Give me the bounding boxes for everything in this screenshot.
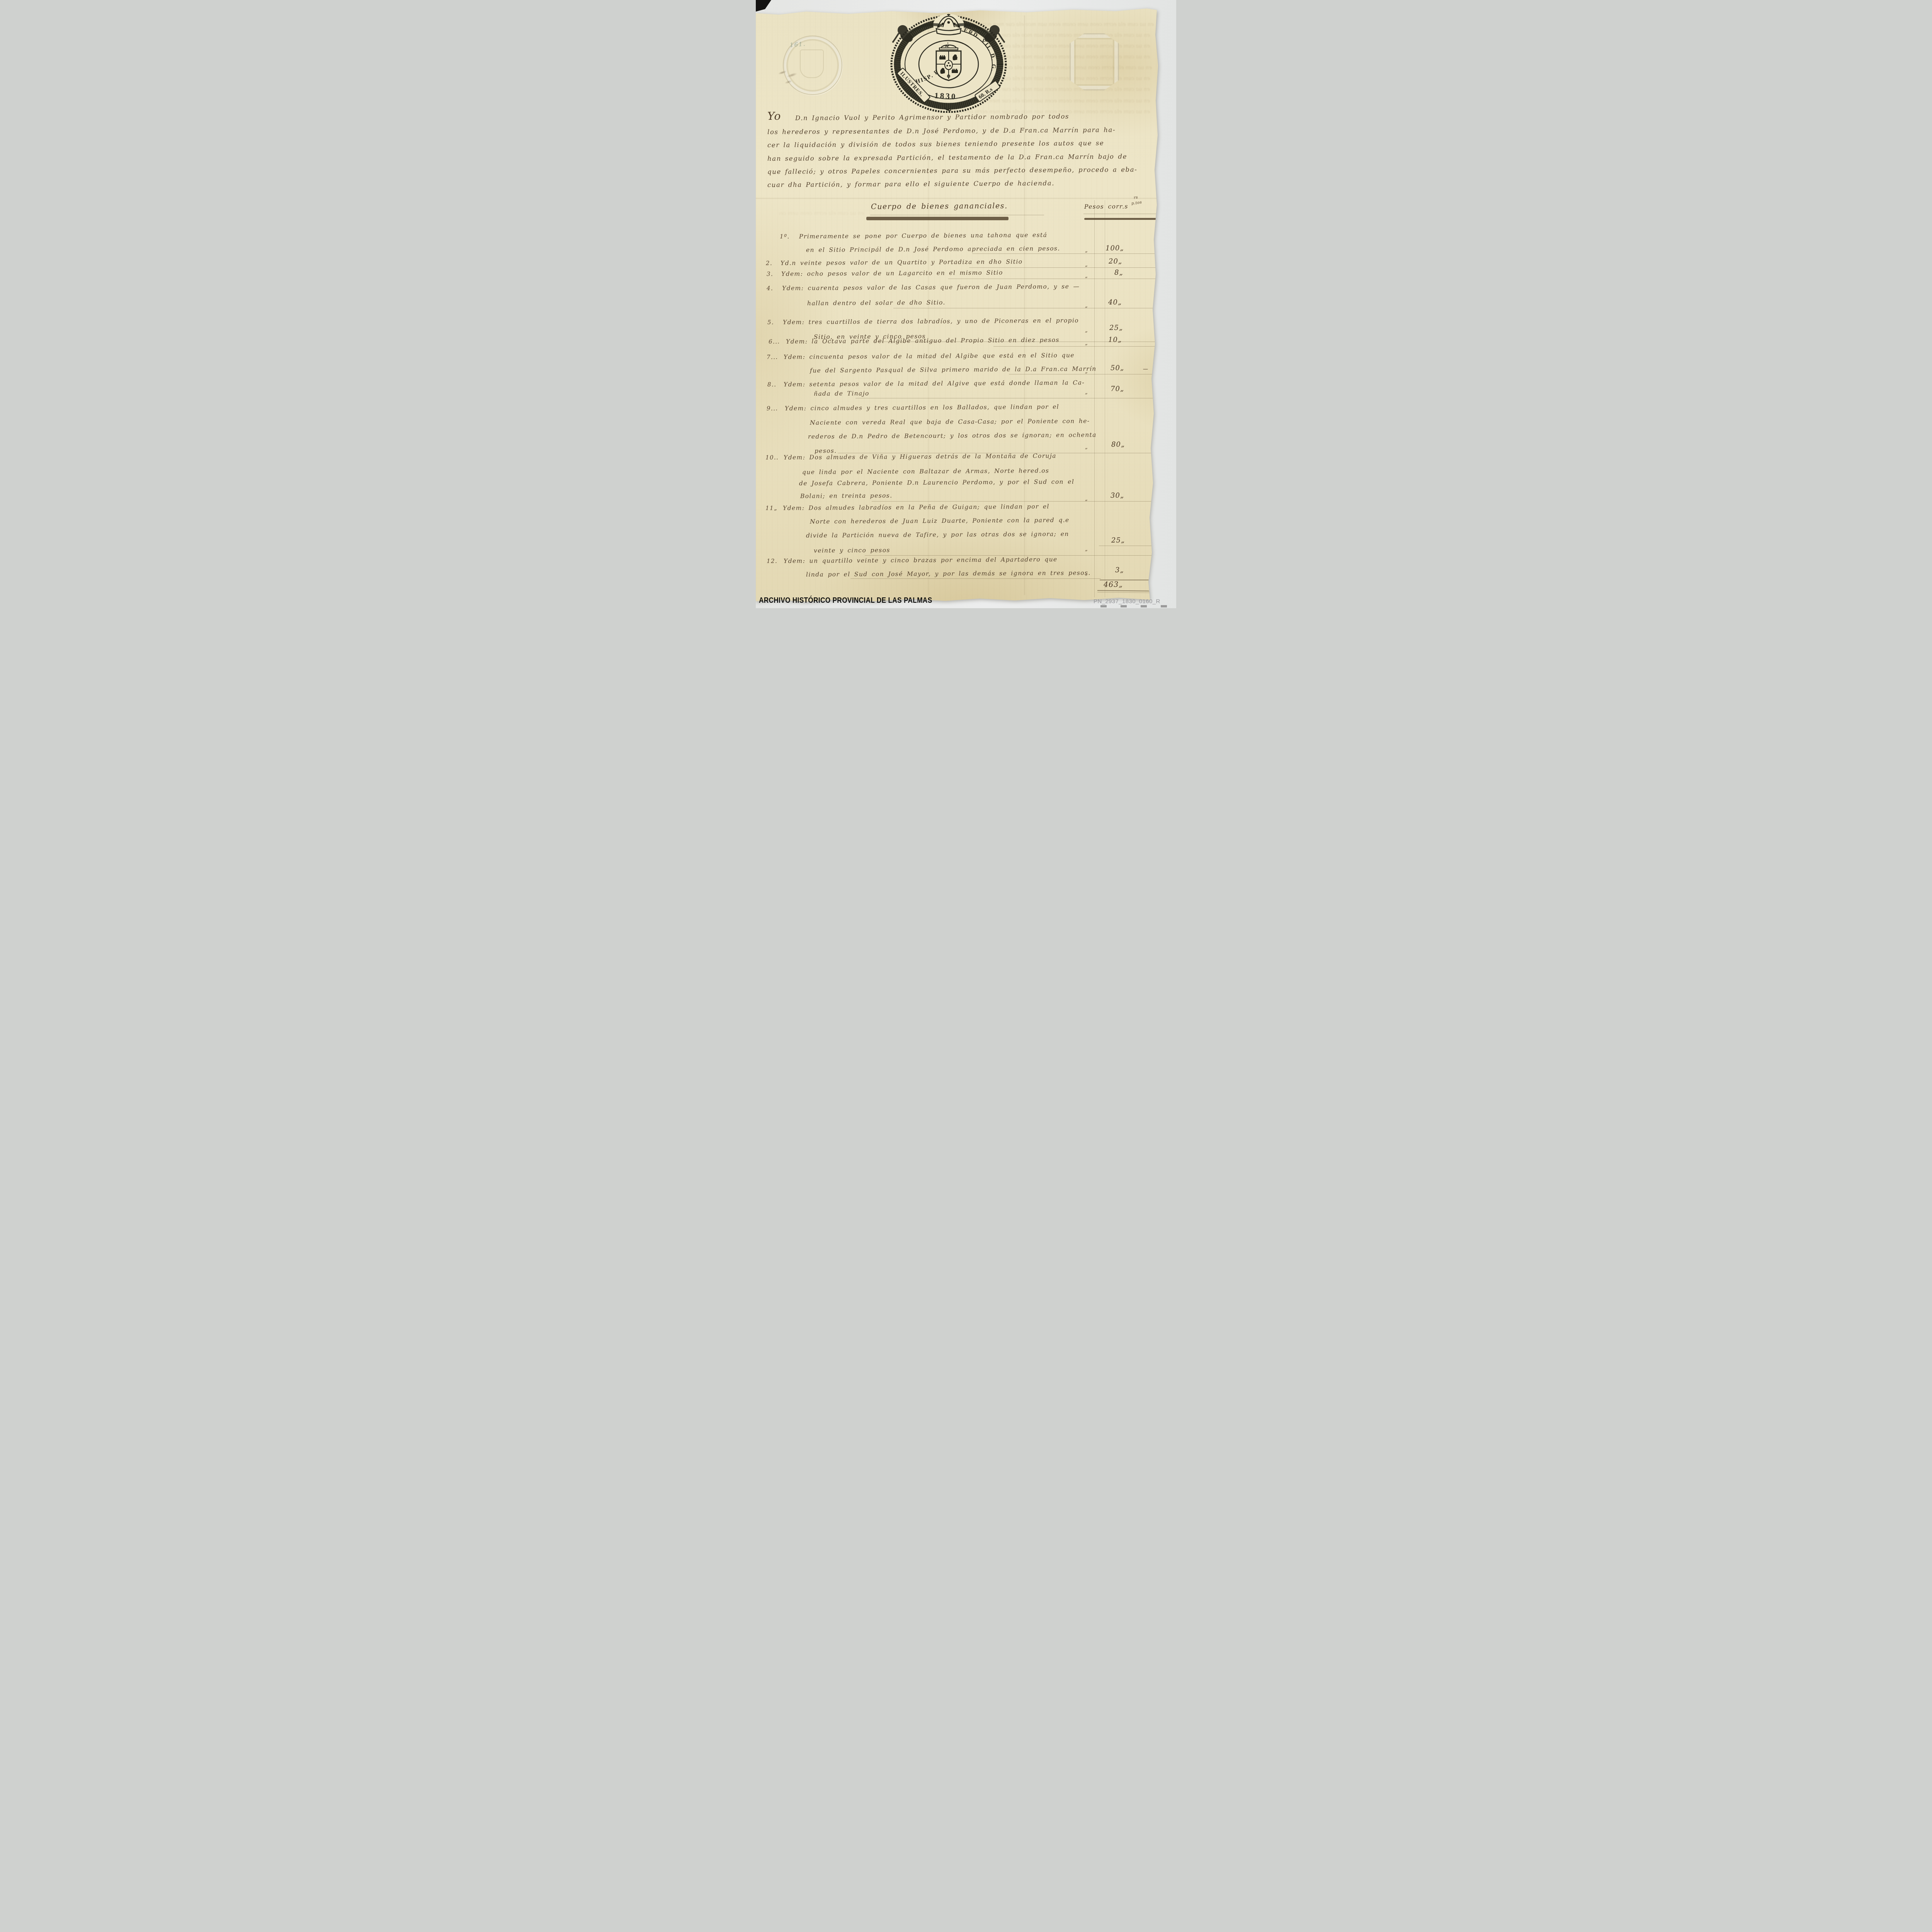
reference-dash xyxy=(1161,605,1167,607)
ditto-mark: „ xyxy=(1085,369,1088,374)
folio-number: 161. xyxy=(789,40,806,49)
item-value: 80„ xyxy=(1111,440,1125,449)
scanned-document-page: en ua cum ela ecrm ceon uem ceam ecen ua… xyxy=(756,0,1176,608)
item-number: 12. xyxy=(767,558,777,565)
total-underline xyxy=(1097,590,1158,592)
item-number: 10.. xyxy=(765,454,779,461)
item-value: 70„ xyxy=(1111,385,1124,393)
item-value: 50„ xyxy=(1111,364,1124,372)
fold-crease xyxy=(756,198,1158,199)
manuscript-line: los herederos y representantes de D.n Jo… xyxy=(767,126,1116,136)
item-number: 9... xyxy=(767,405,778,412)
manuscript-line: Ydem: setenta pesos valor de la mitad de… xyxy=(784,379,1085,388)
item-value: 40„ xyxy=(1108,298,1122,306)
manuscript-line: Bolani; en treinta pesos. xyxy=(800,492,893,500)
archive-reference: PN_2937_1830_0160_R xyxy=(1094,598,1160,605)
ditto-mark: „ xyxy=(1085,389,1088,395)
column-header-rs: rs xyxy=(1133,195,1138,200)
manuscript-line: Ydem: un quartillo veinte y cinco brazas… xyxy=(784,556,1058,565)
item-number: 2. xyxy=(766,260,772,267)
leader-line xyxy=(872,501,1156,502)
underline xyxy=(870,215,1044,215)
leader-line xyxy=(893,308,1156,308)
reference-dash xyxy=(1141,605,1147,607)
item-number: 7... xyxy=(767,354,778,361)
leader-line xyxy=(969,267,1156,268)
section-title: Cuerpo de bienes gananciales. xyxy=(871,202,1008,211)
item-value: 10„ xyxy=(1108,336,1122,344)
manuscript-line: que falleció; y otros Papeles concernien… xyxy=(767,166,1137,175)
reference-dash xyxy=(1100,605,1107,607)
total-value: 463„ xyxy=(1104,580,1123,589)
item-number: 3. xyxy=(767,270,773,277)
manuscript-line: Ydem: la Octava parte del Algibe antiguo… xyxy=(786,337,1060,345)
leader-line xyxy=(972,253,1156,254)
ditto-mark: „ xyxy=(1085,273,1088,279)
column-header-ptos: p.tos xyxy=(1131,200,1142,206)
item-number: 11„ xyxy=(765,505,777,512)
item-value: 25„ xyxy=(1109,324,1123,332)
item-value: 25„ xyxy=(1111,536,1125,544)
manuscript-line: veinte y cinco pesos xyxy=(814,547,890,554)
leader-line xyxy=(1099,546,1156,546)
item-number: 1º. xyxy=(780,233,790,240)
manuscript-line: ñada de Tinajo xyxy=(814,390,869,397)
royal-revenue-stamp: HISP. ET IND. R. FERD. VII. D. G. 1830 xyxy=(889,13,1008,113)
ditto-mark: „ xyxy=(1085,340,1088,346)
leader-line xyxy=(1009,374,1156,374)
underline-thick xyxy=(866,217,1009,220)
total-underline xyxy=(1097,592,1158,593)
seal-year: 1830 xyxy=(934,91,957,101)
leader-line xyxy=(993,346,1156,347)
manuscript-line: D.n Ignacio Vuol y Perito Agrimensor y P… xyxy=(795,113,1069,122)
leader-line xyxy=(865,555,1156,556)
manuscript-line: Ydem: cuarenta pesos valor de las Casas … xyxy=(782,283,1080,292)
manuscript-line: linda por el Sud con José Mayor, y por l… xyxy=(806,569,1091,578)
ditto-mark: „ xyxy=(1085,248,1088,253)
manuscript-line: Ydem: Dos almudes de Viña y Higueras det… xyxy=(784,452,1056,461)
ditto-mark: „ xyxy=(1085,546,1088,552)
manuscript-line: Ydem: tres cuartillos de tierra dos labr… xyxy=(783,317,1079,326)
manuscript-line: Primeramente se pone por Cuerpo de biene… xyxy=(799,231,1047,240)
underline xyxy=(1083,214,1156,214)
column-rule xyxy=(1094,200,1095,597)
manuscript-line: Ydem: cinco almudes y tres cuartillos en… xyxy=(785,403,1059,412)
item-number: 5. xyxy=(767,319,774,326)
margin-dash: — xyxy=(1143,366,1148,372)
manuscript-line: divide la Partición nueva de Tafire, y p… xyxy=(806,531,1069,539)
leader-line xyxy=(948,279,1156,279)
manuscript-line: Naciente con vereda Real que baja de Cas… xyxy=(810,418,1090,426)
manuscript-line: de Josefa Cabrera, Poniente D.n Laurenci… xyxy=(799,478,1074,487)
blind-embossed-seal-right xyxy=(1070,33,1119,90)
underline-thick xyxy=(1084,218,1159,220)
manuscript-line: Ydem: Dos almudes labradíos en la Peña d… xyxy=(783,503,1049,512)
manuscript-line: cer la liquidación y división de todos s… xyxy=(767,139,1104,149)
ditto-mark: „ xyxy=(1085,571,1088,577)
manuscript-line: Ydem: cincuenta pesos valor de la mitad … xyxy=(784,352,1075,361)
item-value: 3„ xyxy=(1115,566,1124,574)
item-number: 8.. xyxy=(767,381,776,388)
leader-line xyxy=(850,578,1101,579)
item-value: 20„ xyxy=(1109,257,1122,265)
item-value: 8„ xyxy=(1114,269,1123,277)
ditto-mark: „ xyxy=(1085,262,1088,268)
item-value: 100„ xyxy=(1105,244,1124,252)
manuscript-line: que linda por el Naciente con Baltazar d… xyxy=(802,467,1049,476)
ditto-mark: „ xyxy=(1085,444,1088,450)
manuscript-line: Yd.n veinte pesos valor de un Quartito y… xyxy=(781,258,1023,267)
archive-name: ARCHIVO HISTÓRICO PROVINCIAL DE LAS PALM… xyxy=(759,596,932,605)
manuscript-line: fue del Sargento Pasqual de Silva primer… xyxy=(810,365,1097,374)
manuscript-line: Norte con herederos de Juan Luiz Duarte,… xyxy=(810,517,1070,525)
manuscript-line: hallan dentro del solar de dho Sitio. xyxy=(807,299,946,307)
item-number: 4. xyxy=(767,285,773,292)
bleedthrough-line: en ua cum ela ecrm ceon uem ceam ecen ua… xyxy=(779,211,864,216)
opening-initial: Yo xyxy=(767,110,781,122)
manuscript-line: en el Sitio Principál de D.n José Perdom… xyxy=(806,245,1060,253)
manuscript-line: Ydem: ocho pesos valor de un Lagarcito e… xyxy=(781,269,1003,277)
manuscript-line: han seguido sobre la expresada Partición… xyxy=(767,153,1127,162)
manuscript-paper: en ua cum ela ecrm ceon uem ceam ecen ua… xyxy=(756,0,1176,608)
manuscript-line: cuar dha Partición, y formar para ello e… xyxy=(767,179,1054,189)
ditto-mark: „ xyxy=(1085,328,1088,333)
column-rule xyxy=(1105,200,1105,597)
item-value: 30„ xyxy=(1111,492,1124,500)
column-header-pesos: Pesos corr.s xyxy=(1084,203,1128,210)
item-number: 6... xyxy=(769,338,780,345)
leader-line xyxy=(855,398,1156,398)
reference-dash xyxy=(1121,605,1127,607)
manuscript-line: rederos de D.n Pedro de Betencourt; y lo… xyxy=(808,431,1097,440)
